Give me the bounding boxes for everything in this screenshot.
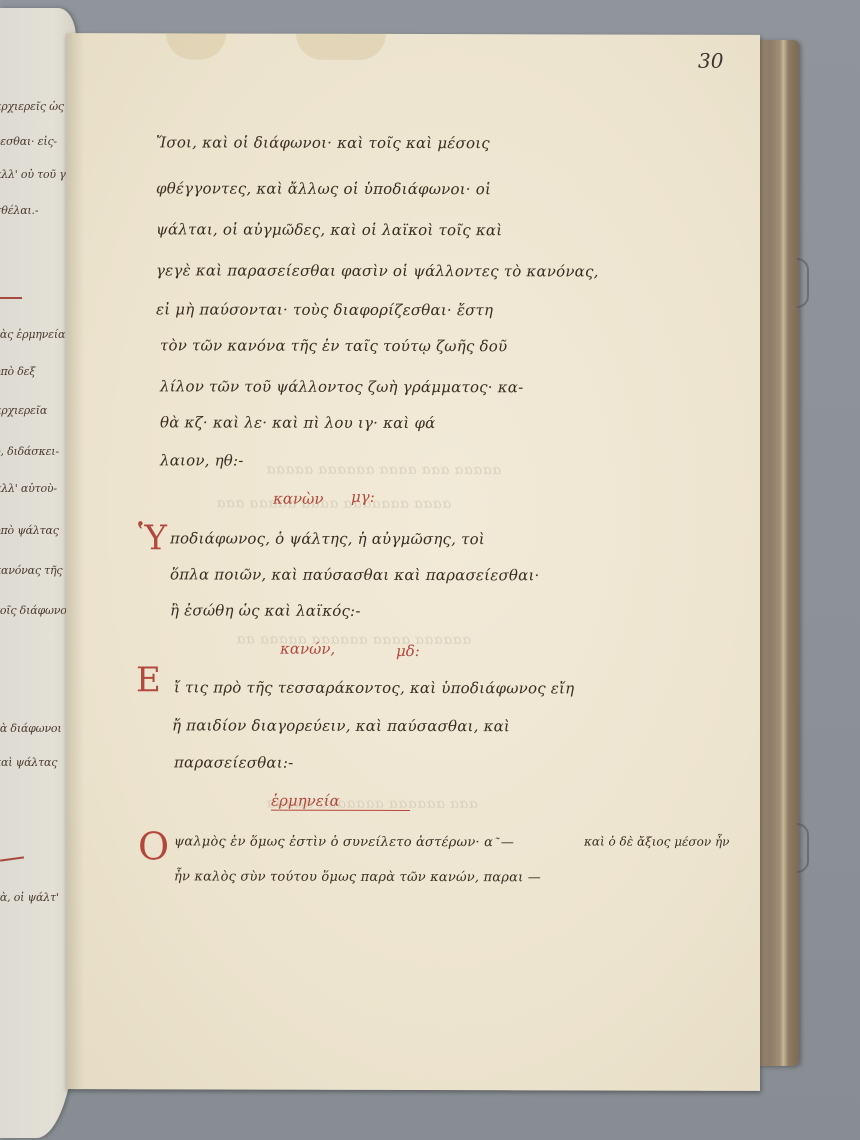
text-line: τὸν τῶν κανόνα τῆς ἐν ταῖς τούτῳ ζωῆς δο… (160, 336, 507, 355)
text-line: φθέγγοντες, καὶ ἄλλως οἱ ὑποδιάφωνοι· οἱ (156, 179, 491, 198)
book-fore-edge (757, 40, 799, 1066)
verso-text-fragment: ἀλλ' αὐτοὺ- (0, 482, 57, 495)
verso-text-fragment: σθέλαι.- (0, 204, 38, 217)
text-line: ἴ τις πρὸ τῆς τεσσαράκοντος, καὶ ὑποδιάφ… (174, 678, 574, 697)
verso-text-fragment: ἀρχιερεῖα (0, 404, 47, 417)
verso-text-fragment: ὑπὸ δεξ (0, 365, 35, 378)
text-line: ψάλται, οἱ αὐγμῶδες, καὶ οἱ λαϊκοὶ τοῖς … (156, 220, 502, 239)
verso-text-fragment: ἀρχιερεῖς ὡς πω- (0, 100, 76, 113)
verso-text-fragment: κανόνας τῆς (0, 564, 62, 577)
marginal-note: καὶ ὁ δὲ ἄξιος μέσον ἦν (584, 834, 729, 848)
verso-page-edge: ἀρχιερεῖς ὡς πω- ρεσθαι· εἰς- ἀλλ' οὐ το… (0, 8, 76, 1138)
folio-number: 30 (698, 49, 723, 73)
canon-heading-label: κανών, (280, 640, 335, 658)
verso-text-fragment: τοῖς διάφωνοις (0, 604, 76, 617)
text-line: ποδιάφωνος, ὁ ψάλτης, ἡ αὐγμῶσης, τοὶ (170, 529, 485, 548)
water-stain (296, 34, 386, 60)
verso-text-fragment: ἀλλ' οὐ τοῦ γε- (0, 168, 75, 181)
page-clip (797, 258, 809, 308)
verso-text-fragment: ὑπὸ ψάλτας (0, 524, 59, 537)
verso-text-fragment: ρεσθαι· εἰς- (0, 135, 57, 148)
text-line: εἰ μὴ παύσονται· τοὺς διαφορίζεσθαι· ἔστ… (156, 300, 493, 319)
red-initial: Ε (136, 663, 161, 697)
text-line: ἦν καλὸς σὺν τούτου ὅμως παρὰ τῶν κανών,… (174, 869, 541, 885)
text-line: Ἴσοι, καὶ οἱ διάφωνοι· καὶ τοῖς καὶ μέσο… (156, 133, 490, 152)
text-line: γεγὲ καὶ παρασείεσθαι φασὶν οἱ ψάλλοντες… (156, 261, 599, 280)
text-line: λίλον τῶν τοῦ ψάλλοντος ζωὴ γράμματος· κ… (160, 377, 523, 396)
verso-red-rule (0, 856, 24, 861)
canon-heading-label: κανὼν (273, 490, 323, 508)
red-initial: Ὑ (138, 521, 167, 555)
verso-red-rule (0, 297, 22, 299)
text-line: λαιον, ηθ:- (160, 451, 244, 469)
text-line: παρασείεσθαι:- (174, 753, 293, 771)
recto-page: 30 ααααα ααα αααα αααααα ααααα αααα αααα… (66, 33, 760, 1091)
verso-text-fragment: τὰ διάφωνοι (0, 722, 61, 735)
red-initial: Ο (138, 827, 169, 865)
verso-text-fragment: τὰς ἑρμηνείας (0, 328, 71, 341)
text-line: ἤ παιδίον διαγορεύειν, καὶ παύσασθαι, κα… (172, 716, 510, 735)
verso-text-fragment: ὑ, διδάσκει- (0, 445, 59, 458)
text-line: θὰ κζ· καὶ λε· καὶ πὶ λου ιγ· καὶ φά (160, 413, 436, 432)
verso-text-fragment: καὶ ψάλτας (0, 756, 57, 769)
water-stain (166, 33, 226, 59)
text-line: ἢ ἐσώθη ὡς καὶ λαϊκός:- (170, 601, 361, 619)
canon-heading-number: μδ: (396, 642, 420, 660)
page-clip (797, 823, 809, 873)
text-line: ὅπλα ποιῶν, καὶ παύσασθαι καὶ παρασείεσθ… (170, 565, 540, 584)
interpretation-heading: ἑρμηνεία (271, 792, 410, 811)
verso-text-fragment: τὰ, οἱ ψάλτ' (0, 891, 59, 904)
canon-heading-number: μγ: (351, 488, 375, 506)
text-line: ψαλμὸς ἐν ὅμως ἐστὶν ὁ συνείλετο ἀστέρων… (174, 833, 514, 850)
